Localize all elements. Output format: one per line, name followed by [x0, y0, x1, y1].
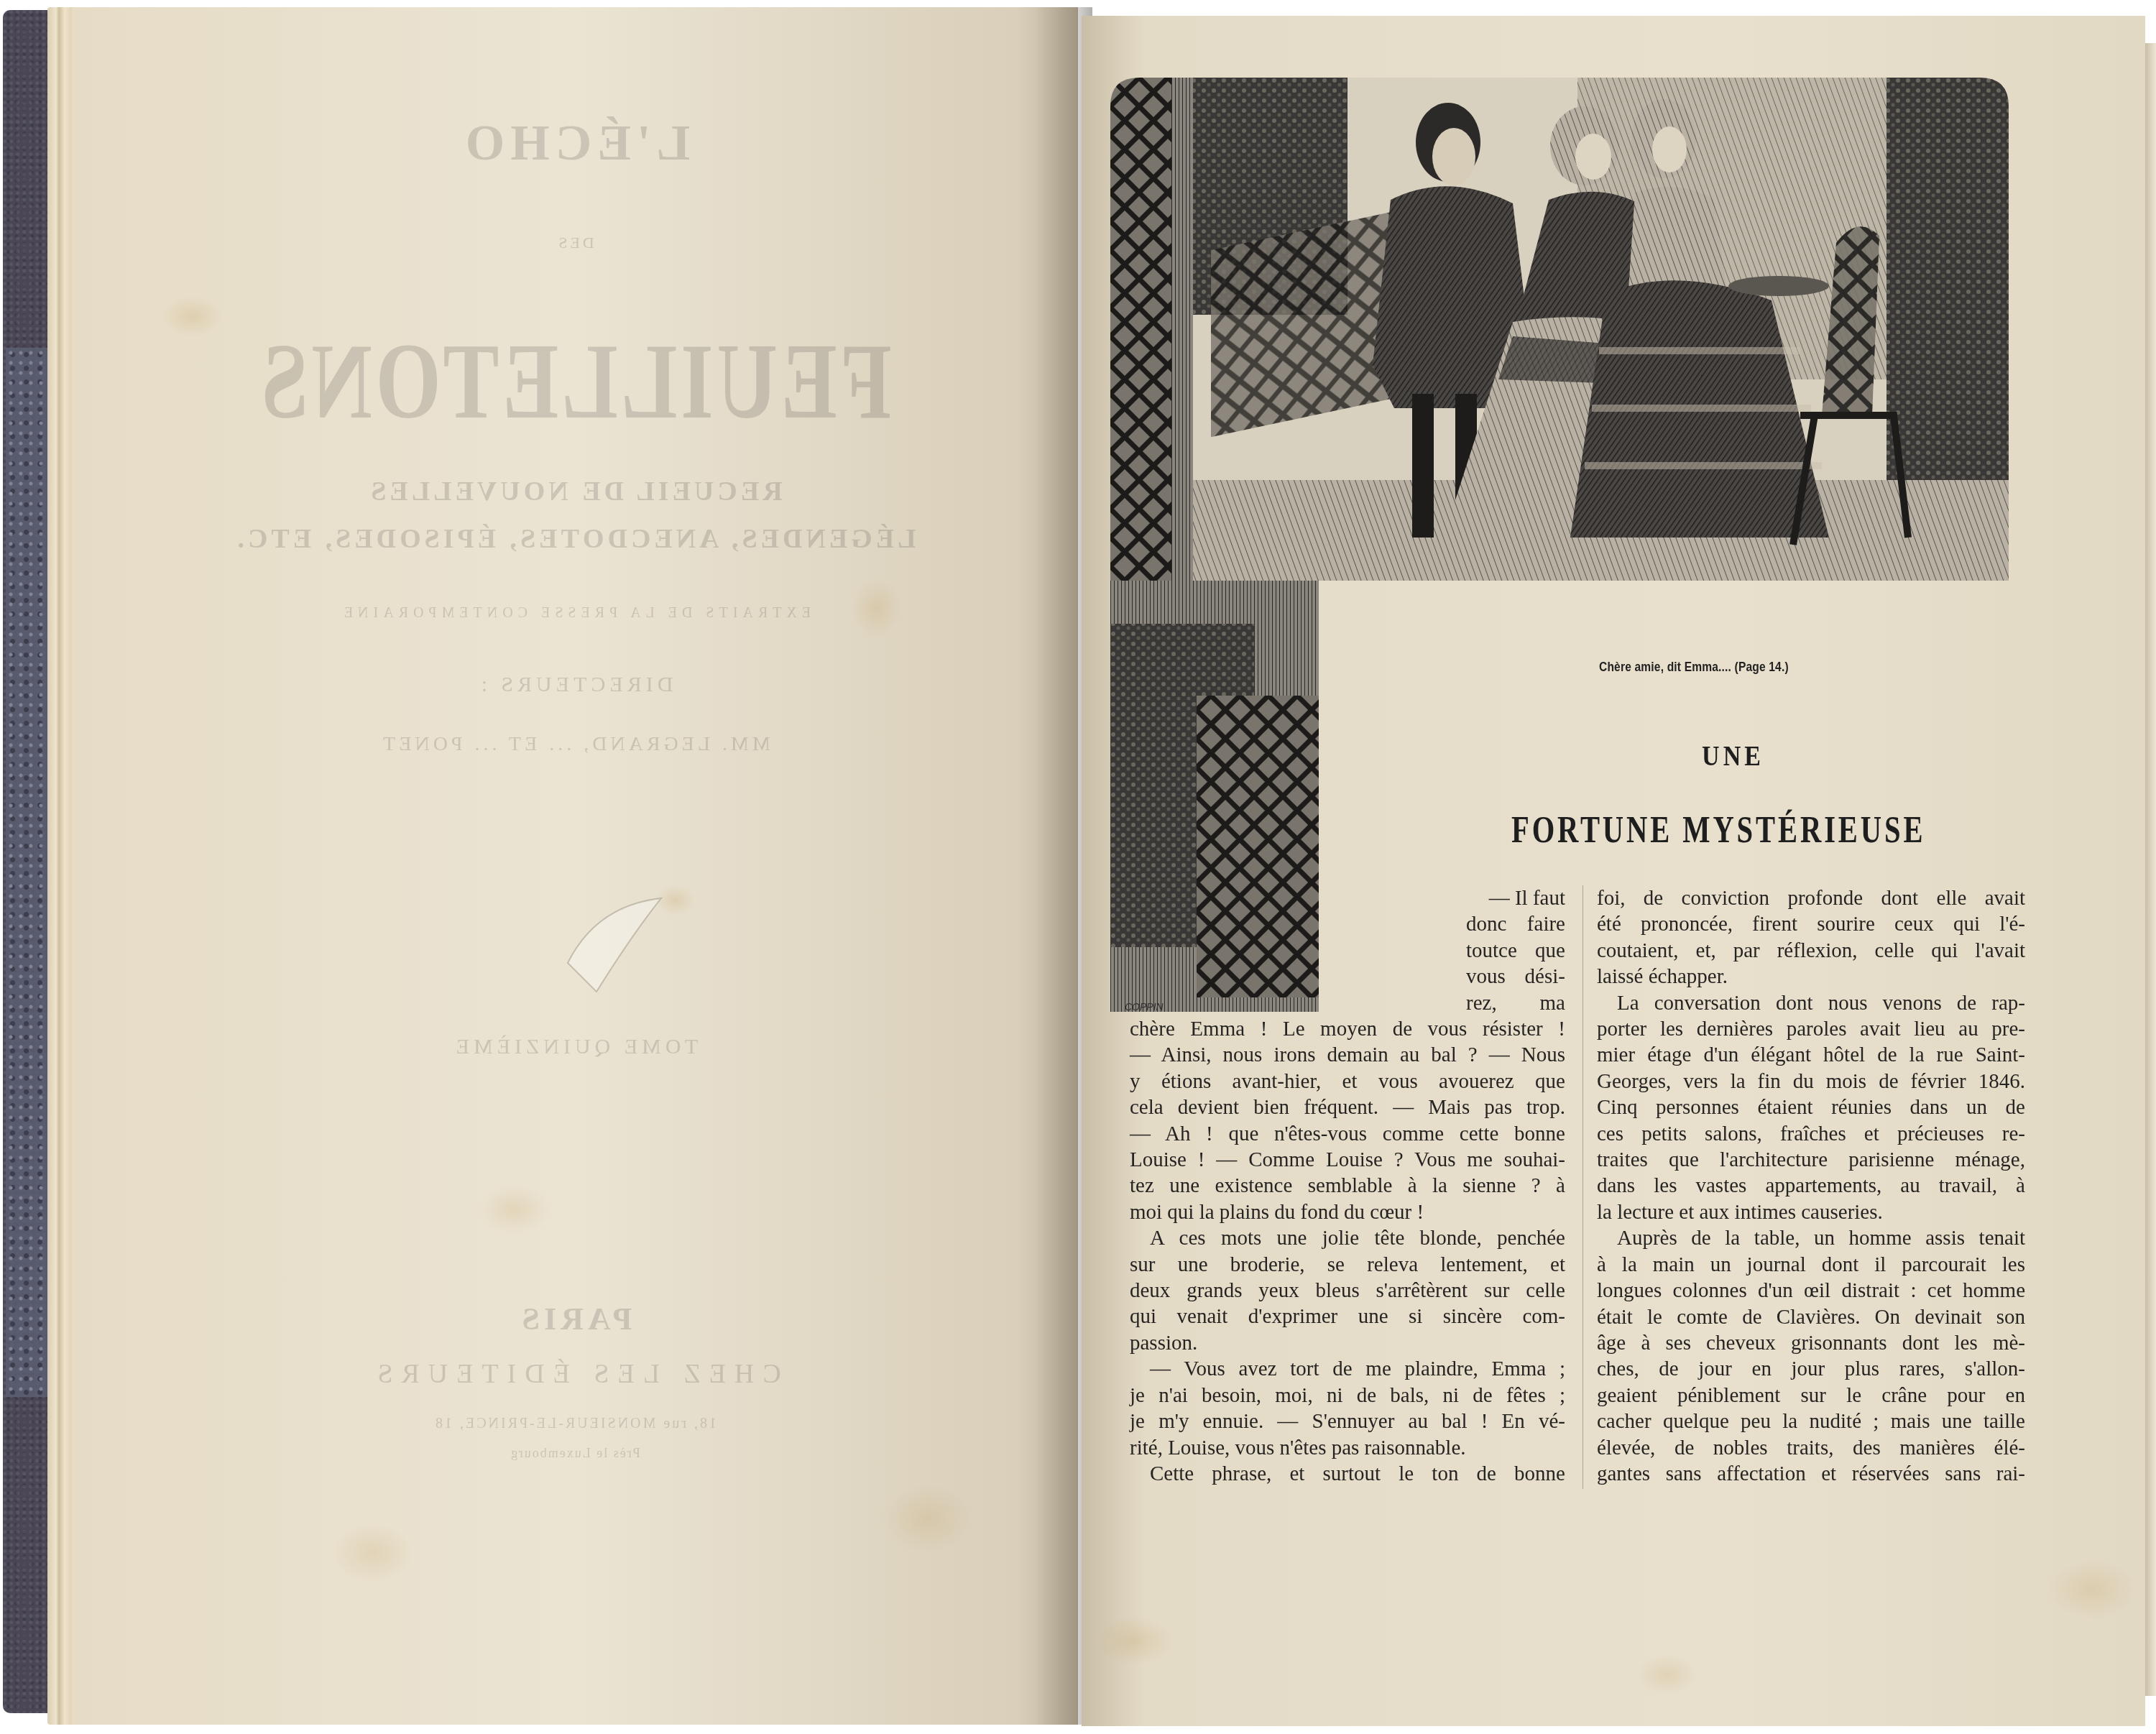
text-line: coutaient, et, par réflexion, celle qui …: [1597, 938, 2025, 964]
text-line: Louise ! — Comme Louise ? Vous me souhai…: [1130, 1147, 1565, 1173]
text-line: vous dési-: [1466, 964, 1565, 990]
text-line: élevée, de nobles traits, des manières é…: [1597, 1435, 2025, 1461]
engraving-illustration: COPPIN: [1110, 78, 2009, 1012]
left-page: L'ÉCHO DES FEUILLETONS RECUEIL DE NOUVEL…: [72, 7, 1078, 1725]
text-line: je n'ai besoin, moi, ni de bals, ni de f…: [1130, 1383, 1565, 1408]
text-line: laissé échapper.: [1597, 964, 2025, 990]
st-address: 18, rue MONSIEUR-LE-PRINCE, 18: [72, 1416, 1078, 1432]
st-directors-label: DIRECTEURS :: [72, 673, 1078, 697]
story-title-pre: UNE: [1702, 739, 1764, 773]
text-line: rez, ma: [1466, 990, 1565, 1016]
showthrough-title-page: L'ÉCHO DES FEUILLETONS RECUEIL DE NOUVEL…: [72, 7, 1078, 1725]
text-line: gantes sans affectation et réservées san…: [1597, 1461, 2025, 1487]
column-rule: [1583, 885, 1583, 1489]
text-line: ces petits salons, fraîches et précieuse…: [1597, 1121, 2025, 1147]
text-line: passion.: [1130, 1330, 1565, 1356]
st-subtitle-2: LÉGENDES, ANECDOTES, ÉPISODES, ETC.: [72, 523, 1078, 555]
st-address-note: Près le Luxembourg: [72, 1446, 1078, 1461]
text-line: La conversation dont nous venons de rap-: [1597, 990, 2025, 1016]
paper-crease-mark: [553, 891, 711, 1006]
text-line: dans les vastes appartements, au travail…: [1597, 1173, 2025, 1199]
st-subtitle-1: RECUEIL DE NOUVELLES: [72, 476, 1078, 507]
text-line: — Ainsi, nous irons demain au bal ? — No…: [1130, 1042, 1565, 1068]
text-line: je m'y ennuie. — S'ennuyer au bal ! En v…: [1130, 1408, 1565, 1434]
text-line: deux grands yeux bleus s'arrêtèrent sur …: [1130, 1278, 1565, 1304]
text-line: — Vous avez tort de me plaindre, Emma ;: [1130, 1356, 1565, 1382]
text-line: rité, Louise, vous n'êtes pas raisonnabl…: [1130, 1435, 1565, 1461]
st-subtitle-3: EXTRAITS DE LA PRESSE CONTEMPORAINE: [72, 605, 1078, 622]
text-line: âge à ses cheveux grisonnants dont les m…: [1597, 1330, 2025, 1356]
st-title-main: FEUILLETONS: [183, 320, 967, 443]
right-page-edge: [2145, 43, 2156, 1696]
text-line: mier étage d'un élégant hôtel de la rue …: [1597, 1042, 2025, 1068]
text-line: — Ah ! que n'êtes-vous comme cette bonne: [1130, 1121, 1565, 1147]
text-line: cacher quelque peu la nudité ; mais une …: [1597, 1408, 2025, 1434]
text-line: traites que l'architecture parisienne mé…: [1597, 1147, 2025, 1173]
text-line: été prononcée, firent sourire ceux qui l…: [1597, 911, 2025, 937]
text-line: donc faire: [1466, 911, 1565, 937]
text-line: geaient péniblement sur le crâne pour en: [1597, 1383, 2025, 1408]
text-line: longues colonnes d'un œil distrait : cet…: [1597, 1278, 2025, 1304]
text-line: foi, de conviction profonde dont elle av…: [1597, 885, 2025, 911]
story-title: FORTUNE MYSTÉRIEUSE: [1511, 809, 1925, 852]
text-line: chère Emma ! Le moyen de vous résister !: [1130, 1016, 1565, 1042]
st-tome: TOME QUINZIÈME: [72, 1035, 1078, 1059]
text-column-left: chère Emma ! Le moyen de vous résister !…: [1130, 1016, 1565, 1487]
text-column-right: foi, de conviction profonde dont elle av…: [1597, 885, 2025, 1487]
text-line: — Il faut: [1466, 885, 1565, 911]
text-line: sur une broderie, se releva lentement, e…: [1130, 1252, 1565, 1278]
text-line: Cinq personnes étaient réunies dans un d…: [1597, 1094, 2025, 1120]
engraver-signature: COPPIN: [1125, 1001, 1164, 1012]
st-publisher: CHEZ LES ÉDITEURS: [72, 1358, 1078, 1390]
text-line: Auprès de la table, un homme assis tenai…: [1597, 1225, 2025, 1251]
st-directors-names: MM. LEGRAND, ... ET ... PONET: [72, 733, 1078, 756]
st-city: PARIS: [72, 1301, 1078, 1337]
text-line: tez une existence semblable à la sienne …: [1130, 1173, 1565, 1199]
text-line: porter les dernières paroles avait lieu …: [1597, 1016, 2025, 1042]
text-line: Cette phrase, et surtout le ton de bonne: [1130, 1461, 1565, 1487]
text-line: la lecture et aux intimes causeries.: [1597, 1199, 2025, 1225]
text-line: qui venait d'exprimer une si sincère com…: [1130, 1304, 1565, 1329]
text-line: cela devient bien fréquent. — Mais pas t…: [1130, 1094, 1565, 1120]
text-line: moi qui la plains du fond du cœur !: [1130, 1199, 1565, 1225]
text-line: à la main un journal dont il parcourait …: [1597, 1252, 2025, 1278]
text-line: A ces mots une jolie tête blonde, penché…: [1130, 1225, 1565, 1251]
text-column-left-narrow: — Il faut donc faire toutce que vous dés…: [1466, 885, 1565, 1016]
text-line: y étions avant-hier, et vous avouerez qu…: [1130, 1069, 1565, 1094]
text-line: ches, de jour en jour plus rares, s'allo…: [1597, 1356, 2025, 1382]
illustration-caption: Chère amie, dit Emma.... (Page 14.): [1599, 660, 1789, 675]
st-title-des: DES: [72, 234, 1078, 252]
st-title-top: L'ÉCHO: [72, 115, 1078, 172]
text-line: était le comte de Clavières. On devinait…: [1597, 1304, 2025, 1330]
text-line: Georges, vers la fin du mois de février …: [1597, 1069, 2025, 1094]
marbled-board: [6, 348, 50, 1397]
book-cover-binding: [3, 10, 53, 1713]
text-line: toutce que: [1466, 938, 1565, 964]
